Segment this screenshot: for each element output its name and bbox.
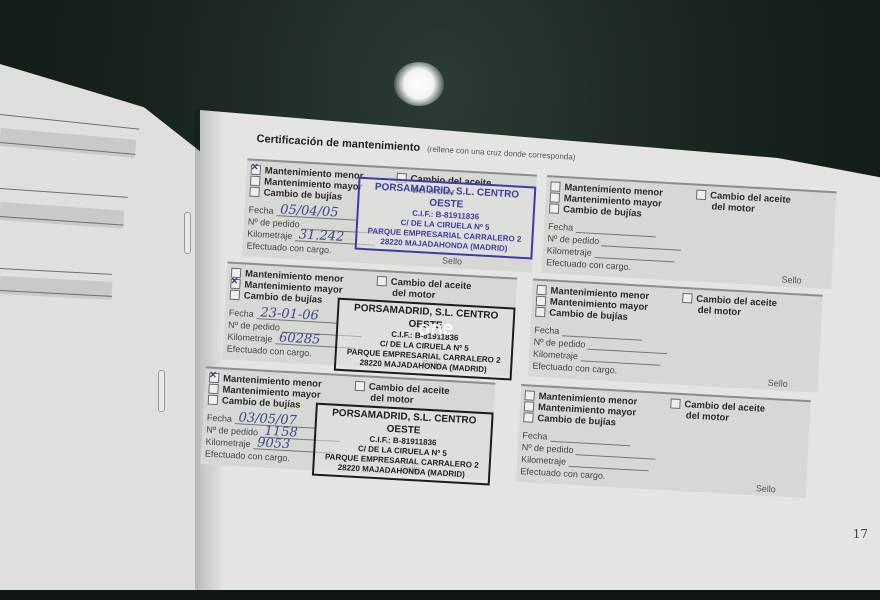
checkbox-icon[interactable] bbox=[230, 279, 241, 290]
checkbox-icon[interactable] bbox=[523, 413, 534, 424]
checkbox-icon[interactable] bbox=[249, 187, 260, 198]
dealer-stamp: PORSAMADRID, S.L. CENTRO OESTEC.I.F.: B-… bbox=[355, 177, 537, 260]
checkbox-icon[interactable] bbox=[355, 381, 366, 392]
checkbox-icon[interactable] bbox=[377, 276, 388, 287]
binder-ring bbox=[158, 370, 165, 412]
handwritten-value: 60285 bbox=[279, 330, 321, 347]
checkbox-icon[interactable] bbox=[208, 384, 219, 395]
page-number: 17 bbox=[853, 527, 868, 541]
field-label: Nº de pedido bbox=[522, 442, 574, 455]
checkbox-icon[interactable] bbox=[549, 193, 560, 204]
field-label: Kilometraje bbox=[247, 229, 293, 241]
dealer-stamp: PORSAMADRID, S.L. CENTRO OESTEC.I.F.: B-… bbox=[312, 403, 494, 486]
checkbox-icon[interactable] bbox=[230, 290, 241, 301]
field-label: Fecha bbox=[522, 430, 548, 441]
binder-ring bbox=[184, 212, 191, 254]
checkbox-icon[interactable] bbox=[696, 190, 707, 201]
checkbox-icon[interactable] bbox=[250, 176, 261, 187]
checkbox-icon[interactable] bbox=[682, 293, 693, 304]
checkbox-icon[interactable] bbox=[536, 285, 547, 296]
field-label: Nº de pedido bbox=[206, 425, 258, 438]
checkbox-icon[interactable] bbox=[524, 402, 535, 413]
seal-label: Sello bbox=[756, 483, 777, 494]
field-label: Kilometraje bbox=[521, 454, 567, 466]
field-label: Fecha bbox=[207, 413, 233, 424]
checkbox-label: del motor bbox=[697, 305, 741, 318]
checkbox-label: del motor bbox=[392, 288, 436, 301]
maintenance-block: Mantenimiento menorMantenimiento mayorCa… bbox=[222, 261, 517, 375]
field-label: Fecha bbox=[248, 205, 274, 216]
checkbox-icon[interactable] bbox=[536, 296, 547, 307]
handwritten-value: 9053 bbox=[257, 435, 291, 452]
seal-label: Sello bbox=[781, 274, 802, 285]
maintenance-block: Mantenimiento menorMantenimiento mayorCa… bbox=[542, 175, 837, 289]
checkbox-icon[interactable] bbox=[524, 391, 535, 402]
maintenance-block: Mantenimiento menorMantenimiento mayorCa… bbox=[516, 384, 811, 498]
charge-note: Efectuado con cargo. bbox=[532, 361, 617, 376]
field-label: Nº de pedido bbox=[248, 217, 300, 230]
charge-note: Efectuado con cargo. bbox=[520, 466, 605, 481]
maintenance-block: Mantenimiento menorMantenimiento mayorCa… bbox=[528, 279, 823, 393]
maintenance-block: Mantenimiento menorMantenimiento mayorCa… bbox=[200, 366, 495, 480]
charge-note: Efectuado con cargo. bbox=[546, 257, 631, 272]
checkbox-icon[interactable] bbox=[251, 165, 262, 176]
checkbox-icon[interactable] bbox=[549, 204, 560, 215]
field-label: Nº de pedido bbox=[533, 337, 585, 350]
divider bbox=[0, 268, 112, 275]
field-label: Nº de pedido bbox=[547, 233, 599, 246]
maintenance-sheet: Certificación de mantenimiento (rellene … bbox=[183, 130, 864, 566]
field-label: Fecha bbox=[534, 325, 560, 336]
seal-label: Sello bbox=[767, 378, 788, 389]
field-label: Fecha bbox=[548, 221, 574, 232]
checkbox-label: del motor bbox=[685, 410, 729, 423]
checkbox-label: del motor bbox=[711, 201, 755, 214]
field-label: Kilometraje bbox=[547, 245, 593, 257]
checkbox-label: del motor bbox=[370, 393, 414, 406]
checkbox-icon[interactable] bbox=[535, 307, 546, 318]
handwritten-value: 31.242 bbox=[298, 227, 344, 245]
checkbox-icon[interactable] bbox=[208, 395, 219, 406]
checkbox-icon[interactable] bbox=[550, 182, 561, 193]
checkbox-icon[interactable] bbox=[209, 373, 220, 384]
watermark: one bbox=[418, 318, 454, 341]
checkbox-icon[interactable] bbox=[670, 399, 681, 410]
shaded-band bbox=[0, 276, 112, 300]
shaded-band bbox=[0, 202, 124, 229]
seal-label: Sello bbox=[442, 255, 463, 266]
field-label: Kilometraje bbox=[533, 349, 579, 361]
divider bbox=[0, 188, 128, 198]
light-glare bbox=[394, 62, 444, 106]
field-label: Fecha bbox=[229, 308, 255, 319]
field-label: Kilometraje bbox=[227, 332, 273, 344]
field-label: Kilometraje bbox=[205, 437, 251, 449]
divider bbox=[0, 114, 139, 130]
field-label: Nº de pedido bbox=[228, 320, 280, 333]
table-surface bbox=[0, 590, 880, 600]
maintenance-block: Mantenimiento menorMantenimiento mayorCa… bbox=[242, 158, 537, 272]
